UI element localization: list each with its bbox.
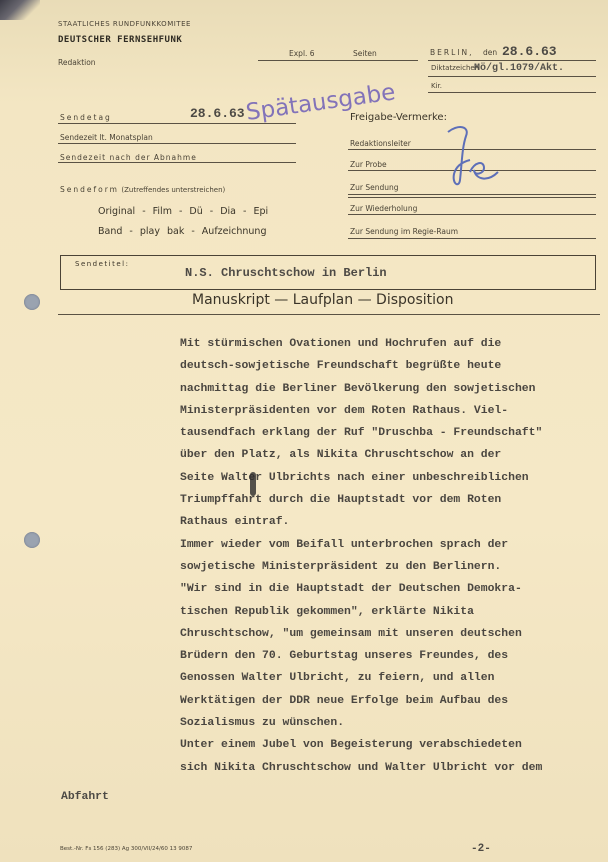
rule bbox=[348, 238, 596, 239]
body-line: Ministerpräsidenten vor dem Roten Rathau… bbox=[180, 400, 600, 422]
ink-smudge bbox=[250, 472, 256, 496]
org-name: STAATLICHES RUNDFUNKKOMITEE bbox=[58, 20, 191, 28]
release-item: Zur Sendung bbox=[350, 183, 399, 192]
rule bbox=[258, 60, 418, 61]
department-label: Redaktion bbox=[58, 58, 96, 67]
body-line: Unter einem Jubel von Begeisterung verab… bbox=[180, 734, 600, 756]
body-line: tischen Republik gekommen", erklärte Nik… bbox=[180, 601, 600, 623]
rule bbox=[58, 314, 600, 315]
sendetitel-value: N.S. Chruschtschow in Berlin bbox=[185, 266, 387, 280]
diktatzeichen-value: Mö/gl.1079/Akt. bbox=[474, 63, 564, 74]
punch-hole-bottom bbox=[24, 532, 40, 548]
section-heading: Manuskript — Laufplan — Disposition bbox=[192, 292, 453, 308]
release-item: Zur Probe bbox=[350, 160, 387, 169]
rule bbox=[348, 197, 596, 198]
body-line: sowjetische Ministerpräsident zu den Ber… bbox=[180, 556, 600, 578]
sendeform-field: Sendeform (Zutreffendes unterstreichen) bbox=[60, 185, 225, 194]
body-line: sich Nikita Chruschtschow und Walter Ulb… bbox=[180, 757, 600, 779]
sendeform-options-row2: Band - play bak - Aufzeichnung bbox=[98, 226, 266, 237]
sendetitel-label: Sendetitel: bbox=[75, 260, 129, 268]
body-line: Werktätigen der DDR neue Erfolge beim Au… bbox=[180, 690, 600, 712]
body-line: tausendfach erklang der Ruf "Druschba - … bbox=[180, 422, 600, 444]
body-line: Genossen Walter Ulbricht, zu feiern, und… bbox=[180, 667, 600, 689]
rule bbox=[428, 60, 596, 61]
rule bbox=[348, 194, 596, 195]
release-notes-title: Freigabe-Vermerke: bbox=[350, 112, 447, 123]
expl-label: Expl. bbox=[289, 49, 307, 58]
city-label: BERLIN, bbox=[430, 48, 473, 57]
punch-hole-top bbox=[24, 294, 40, 310]
body-line: Seite Walter Ulbrichts nach einer unbesc… bbox=[180, 467, 600, 489]
signature-mark bbox=[440, 122, 500, 192]
release-item: Redaktionsleiter bbox=[350, 139, 411, 148]
margin-note-abfahrt: Abfahrt bbox=[61, 791, 109, 803]
expl-value: 6 bbox=[310, 49, 315, 58]
rule bbox=[58, 123, 296, 124]
body-line: Chruschtschow, "um gemeinsam mit unseren… bbox=[180, 623, 600, 645]
manuscript-body: Mit stürmischen Ovationen und Hochrufen … bbox=[180, 333, 600, 779]
rule bbox=[428, 92, 596, 93]
den-label: den bbox=[483, 48, 497, 57]
seiten-label: Seiten bbox=[353, 49, 377, 58]
body-line: Brüdern den 70. Geburtstag unseres Freun… bbox=[180, 645, 600, 667]
sendeform-options-row1: Original - Film - Dü - Dia - Epi bbox=[98, 206, 268, 217]
kir-label: Kir. bbox=[431, 82, 442, 90]
sendetitel-box: Sendetitel: N.S. Chruschtschow in Berlin bbox=[60, 255, 596, 290]
body-line: Sozialismus zu wünschen. bbox=[180, 712, 600, 734]
body-line: Mit stürmischen Ovationen und Hochrufen … bbox=[180, 333, 600, 355]
sendezeit-plan-label: Sendezeit lt. Monatsplan bbox=[60, 133, 153, 142]
body-line: deutsch-sowjetische Freundschaft begrüßt… bbox=[180, 355, 600, 377]
sendeform-note: (Zutreffendes unterstreichen) bbox=[121, 186, 225, 194]
body-line: Triumpffahrt durch die Hauptstadt vor de… bbox=[180, 489, 600, 511]
body-line: über den Platz, als Nikita Chruschtschow… bbox=[180, 444, 600, 466]
sendetag-label: Sendetag bbox=[60, 113, 112, 122]
sendetag-value: 28.6.63 bbox=[190, 106, 245, 121]
expl-field: Expl. 6 bbox=[289, 49, 315, 58]
order-number: Best.-Nr. Fs 156 (283) Ag 300/VII/24/60 … bbox=[60, 846, 192, 852]
header-date: 28.6.63 bbox=[502, 44, 557, 59]
release-item: Zur Wiederholung bbox=[350, 204, 417, 213]
rule bbox=[58, 162, 296, 163]
org-brand: DEUTSCHER FERNSEHFUNK bbox=[58, 35, 182, 45]
body-line: "Wir sind in die Hauptstadt der Deutsche… bbox=[180, 578, 600, 600]
diktatzeichen-label: Diktatzeichen bbox=[431, 64, 479, 72]
rule bbox=[428, 76, 596, 77]
sendeform-label: Sendeform bbox=[60, 185, 119, 194]
page-marker: -2- bbox=[471, 843, 491, 855]
sendezeit-abnahme-label: Sendezeit nach der Abnahme bbox=[60, 153, 197, 162]
body-line: Rathaus eintraf. bbox=[180, 511, 600, 533]
rule bbox=[58, 143, 296, 144]
body-line: nachmittag die Berliner Bevölkerung den … bbox=[180, 378, 600, 400]
torn-corner bbox=[0, 0, 40, 20]
document-page: STAATLICHES RUNDFUNKKOMITEE DEUTSCHER FE… bbox=[0, 0, 608, 862]
body-line: Immer wieder vom Beifall unterbrochen sp… bbox=[180, 534, 600, 556]
rule bbox=[348, 214, 596, 215]
release-item: Zur Sendung im Regie-Raum bbox=[350, 227, 458, 236]
